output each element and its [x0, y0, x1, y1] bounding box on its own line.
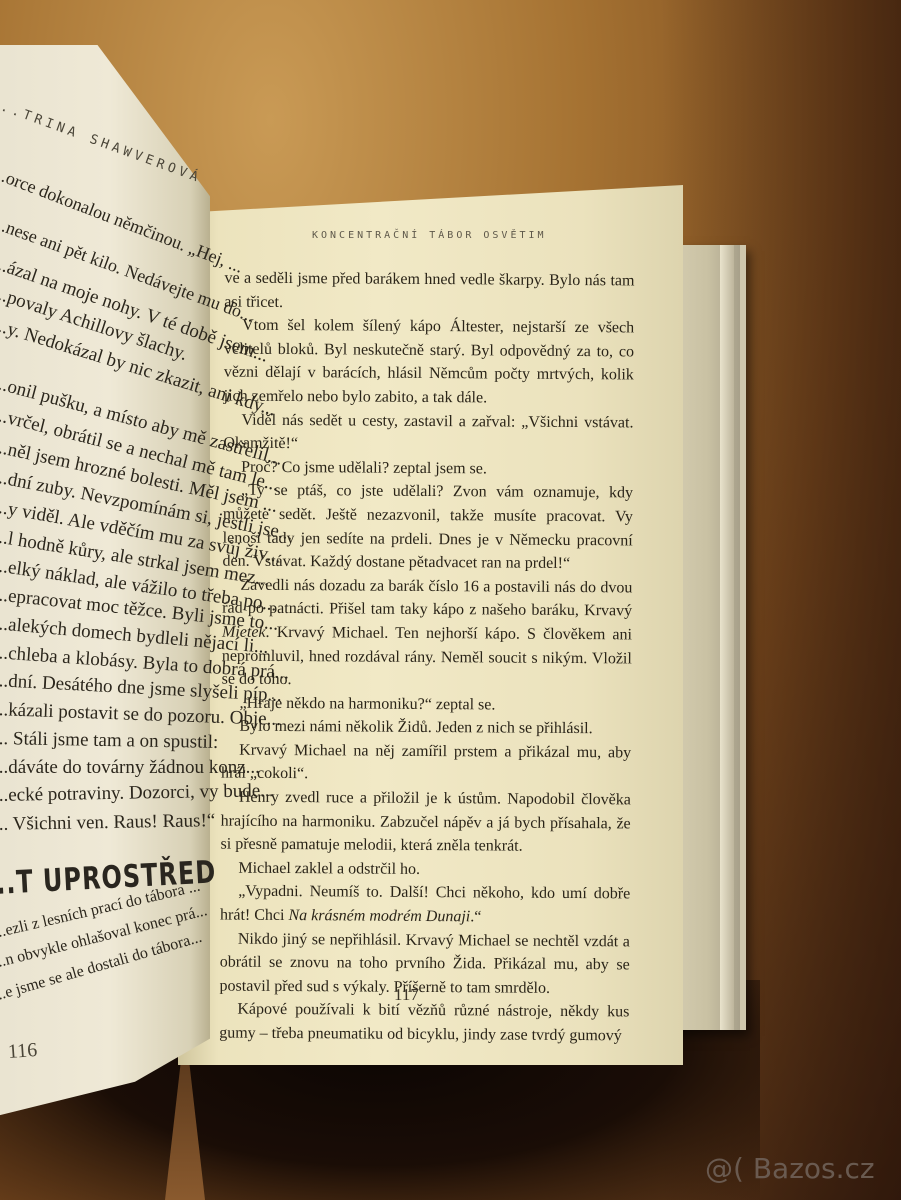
italic-run: Mietek: [222, 623, 266, 640]
paragraph: Michael zaklel a odstrčil ho.: [220, 856, 630, 882]
text-run: .“: [470, 908, 481, 925]
left-page: [0, 45, 210, 1125]
text-run: Zavedli nás dozadu za barák číslo 16 a p…: [222, 576, 632, 619]
paragraph: Henry zvedl ruce a přiložil je k ústům. …: [220, 786, 630, 860]
page-number-right: 117: [394, 985, 419, 1005]
paragraph: Kápové používali k bití vězňů různé nást…: [219, 998, 629, 1048]
right-page-text: ve a seděli jsme před barákem hned vedle…: [219, 227, 635, 1048]
watermark: @( Bazos.cz: [705, 1152, 875, 1185]
photo-scene: ...TRINA SHAWVEROVÁ ...orce dokonalou ně…: [0, 0, 901, 1200]
paragraph: ve a seděli jsme před barákem hned vedle…: [224, 267, 634, 317]
paragraph: „Vypadni. Neumíš to. Další! Chci někoho,…: [220, 880, 630, 930]
paragraph: „Ty se ptáš, co jste udělali? Zvon vám o…: [222, 479, 633, 576]
paragraph: Zavedli nás dozadu za barák číslo 16 a p…: [222, 573, 633, 694]
paragraph: Bylo mezi námi několik Židů. Jeden z nic…: [221, 715, 631, 741]
paragraph: Vtom šel kolem šílený kápo Áltester, nej…: [224, 314, 635, 411]
page-edge: [720, 245, 734, 1030]
paragraph: Proč? Co jsme udělali? zeptal jsem se.: [223, 455, 633, 481]
paragraph: Krvavý Michael na něj zamířil prstem a p…: [221, 738, 631, 788]
paragraph: „Hraje někdo na harmoniku?“ zeptal se.: [221, 691, 631, 717]
paragraph: Nikdo jiný se nepřihlásil. Krvavý Michae…: [219, 927, 629, 1001]
italic-run: Na krásném modrém Dunaji: [288, 907, 470, 925]
paragraph: Viděl nás sedět u cesty, zastavil a zařv…: [223, 408, 633, 458]
text-run: . Krvavý Michael. Ten nejhorší kápo. S č…: [222, 624, 632, 688]
